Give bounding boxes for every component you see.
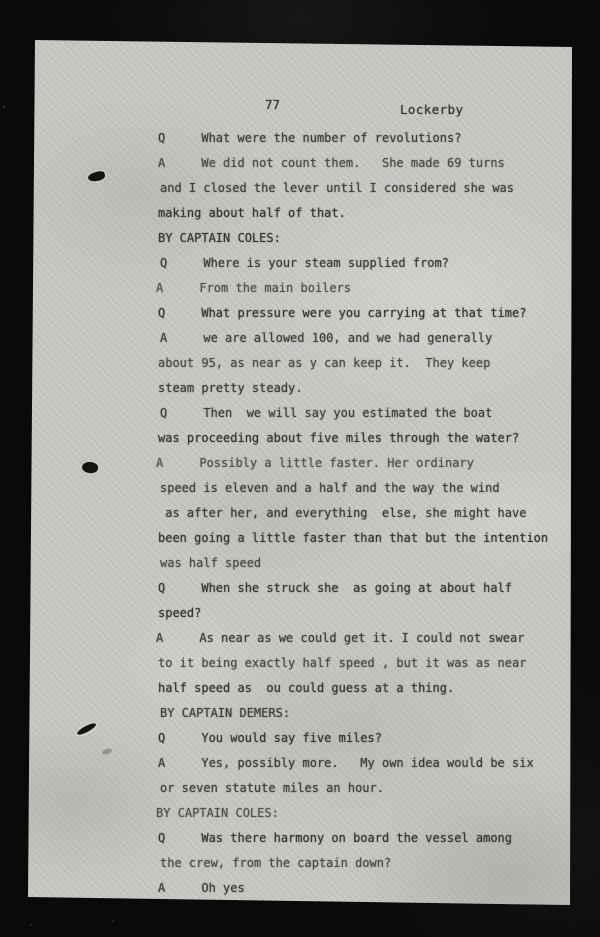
transcript-line: Q Was there harmony on board the vessel … [158,826,578,851]
transcript-line: as after her, and everything else, she m… [158,501,578,526]
transcript-line: speed is eleven and a half and the way t… [160,476,580,501]
transcript-lines: Q What were the number of revolutions?A … [158,126,578,901]
scanned-document: 77 Lockerby Q What were the number of re… [0,0,600,937]
transcript-line: was proceeding about five miles through … [158,426,578,451]
transcript-line: been going a little faster than that but… [158,526,578,551]
transcript-line: Q What were the number of revolutions? [158,126,578,151]
transcript-line: Q You would say five miles? [158,726,578,751]
transcript-line: steam pretty steady. [158,376,578,401]
transcript-line: the crew, from the captain down? [160,851,580,876]
page-number: 77 [265,97,280,112]
transcript-line: Q When she struck she as going at about … [158,576,578,601]
transcript-line: or seven statute miles an hour. [160,776,580,801]
transcript-line: A We did not count them. She made 69 tur… [158,151,578,176]
transcript-line: and I closed the lever until I considere… [160,176,580,201]
transcript-line: to it being exactly half speed , but it … [158,651,578,676]
transcript-line: A As near as we could get it. I could no… [156,626,576,651]
transcript-line: Q Then we will say you estimated the boa… [160,401,580,426]
transcript-line: A we are allowed 100, and we had general… [160,326,580,351]
transcript-line: was half speed [160,551,580,576]
transcript-line: Q What pressure were you carrying at tha… [158,301,578,326]
transcript-line: about 95, as near as y can keep it. They… [158,351,578,376]
transcript-line: A From the main boilers [156,276,576,301]
transcript-line: BY CAPTAIN COLES: [158,226,578,251]
witness-name-header: Lockerby [400,102,463,117]
transcript-line: half speed as ou could guess at a thing. [158,676,578,701]
transcript-line: A Possibly a little faster. Her ordinary [156,451,576,476]
transcript-line: BY CAPTAIN COLES: [156,801,576,826]
transcript-line: making about half of that. [158,201,578,226]
transcript-line: BY CAPTAIN DEMERS: [160,701,580,726]
transcript-line: speed? [158,601,578,626]
transcript-line: A Yes, possibly more. My own idea would … [158,751,578,776]
transcript-line: Q Where is your steam supplied from? [160,251,580,276]
transcript-line: A Oh yes [158,876,578,901]
